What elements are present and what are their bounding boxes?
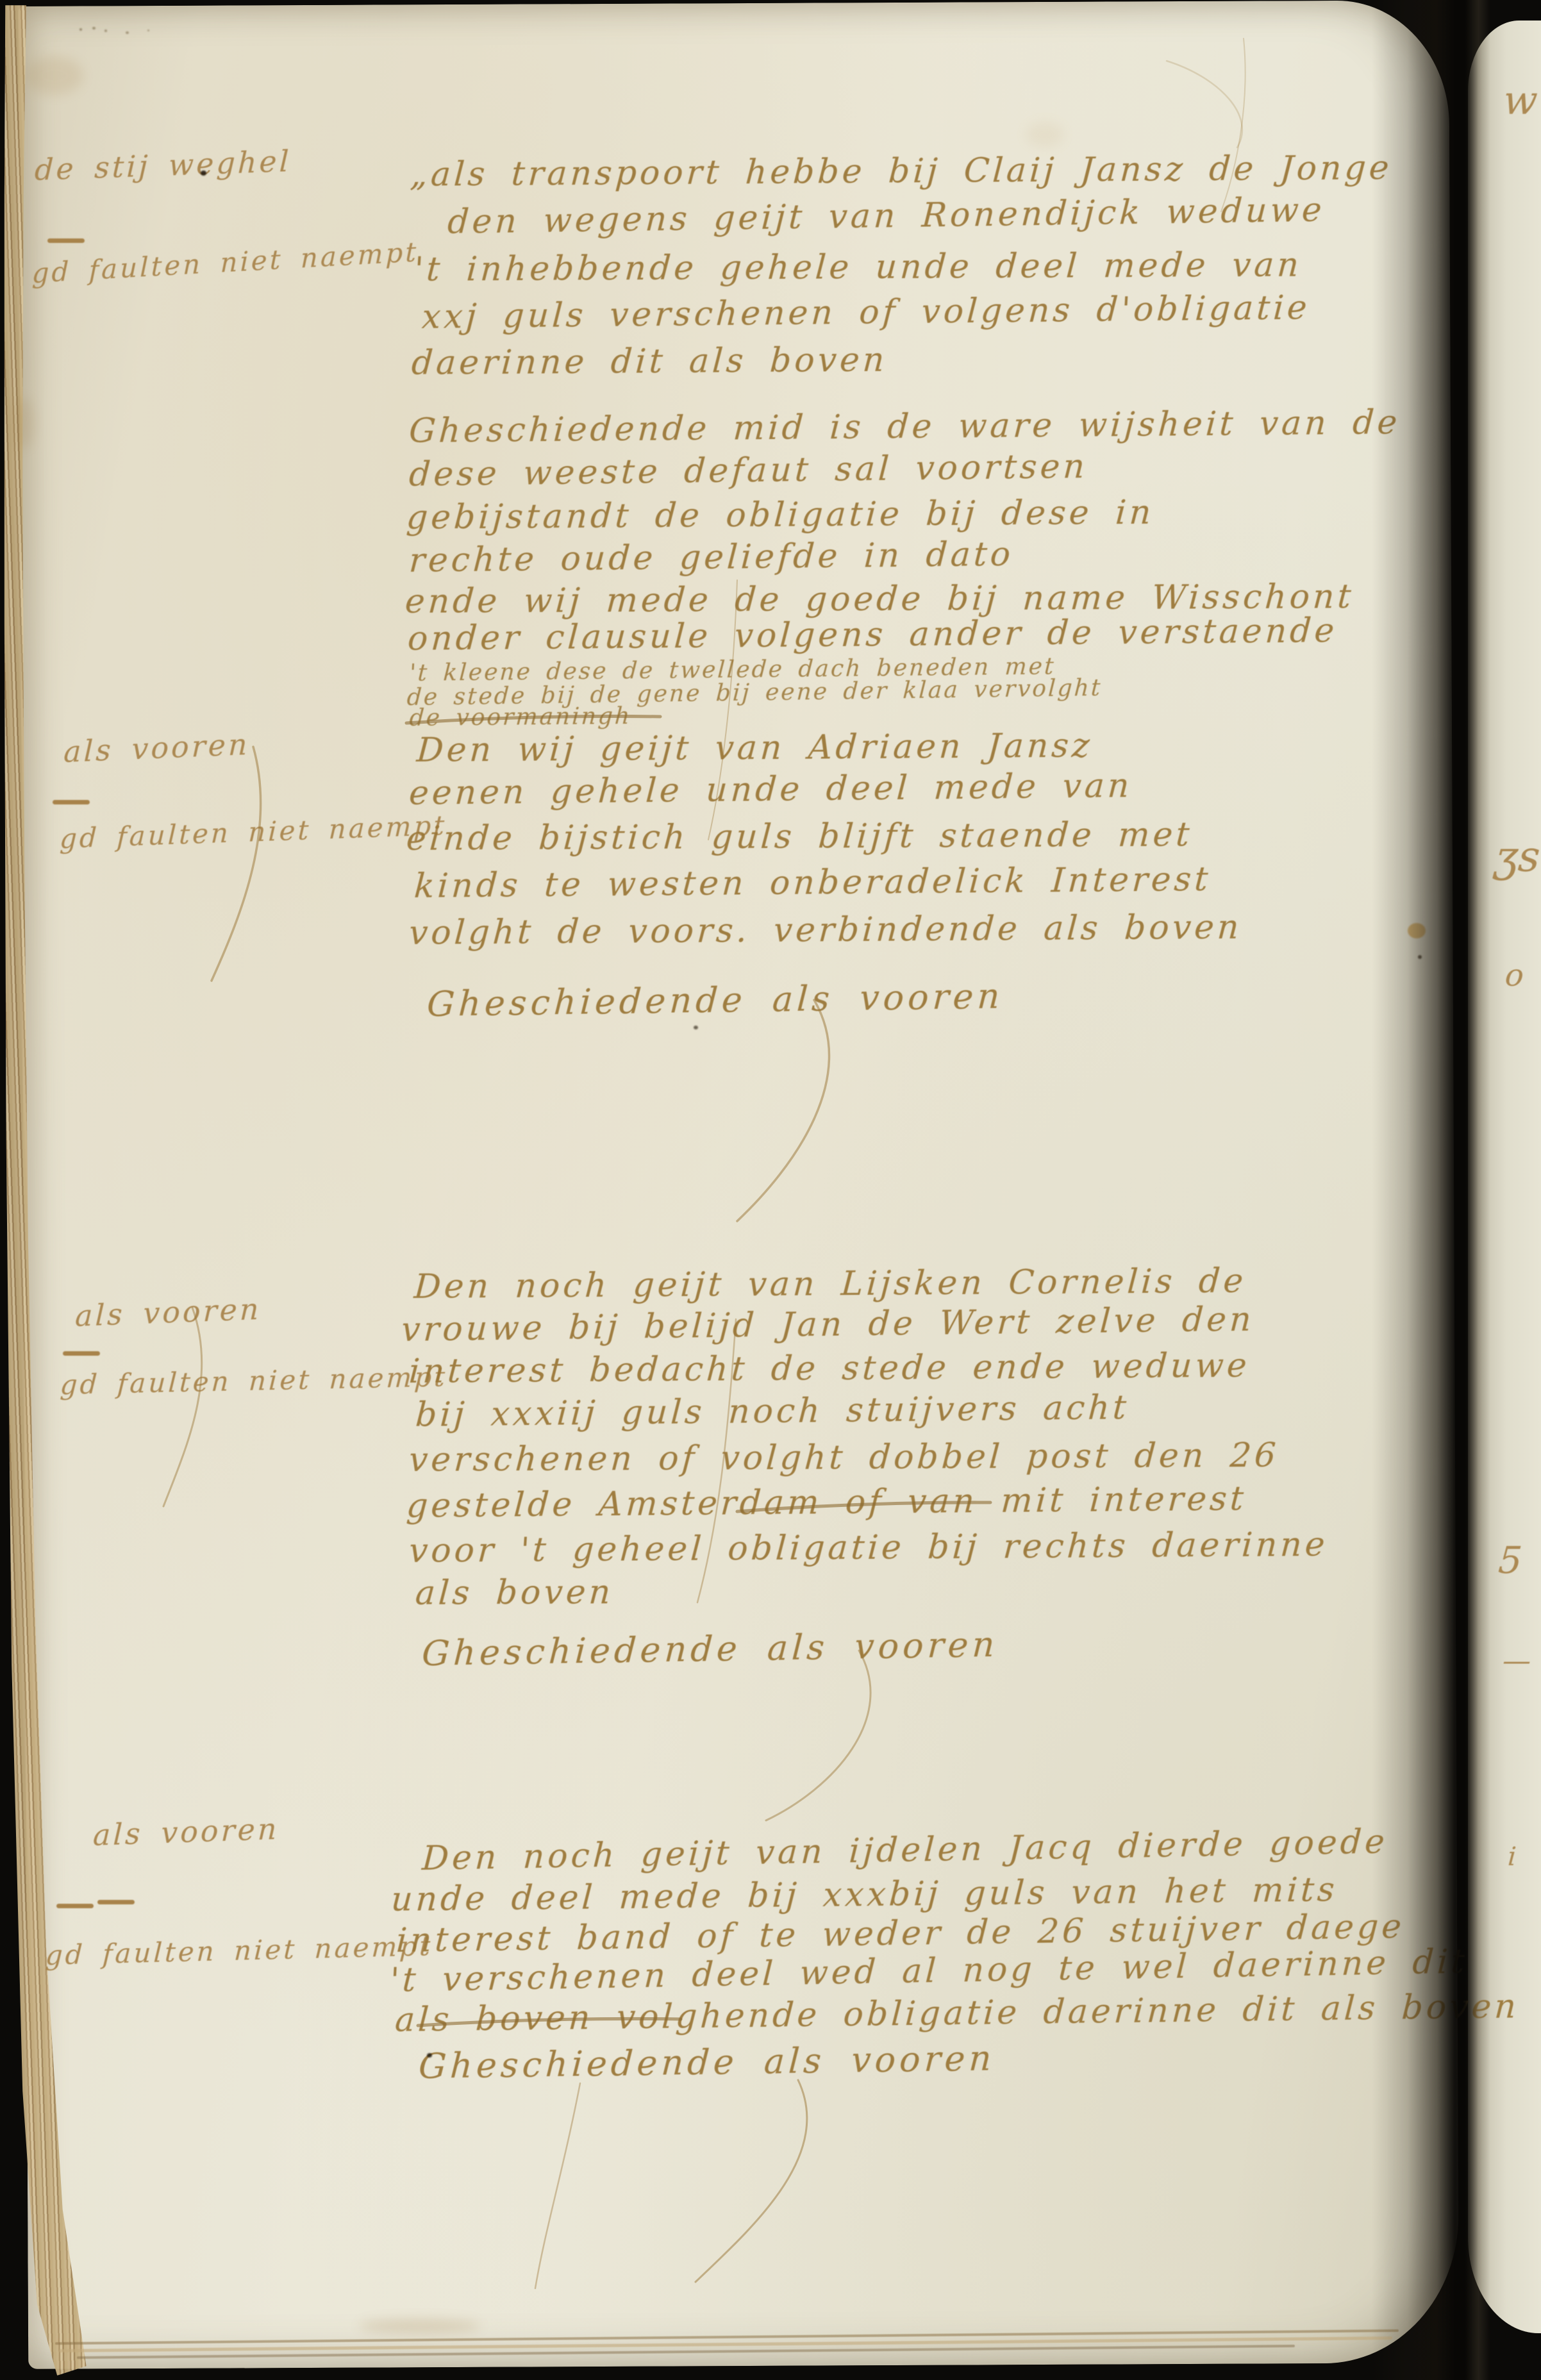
- margin-dash-mark: [97, 1900, 135, 1904]
- manuscript-page: [18, 0, 1459, 2369]
- margin-dash-mark: [47, 238, 85, 243]
- margin-dash-mark: [53, 800, 90, 804]
- facing-page-sliver: [1468, 21, 1541, 2333]
- archival-scan-viewport: de stij weghelgd faulten niet naempt„als…: [0, 0, 1541, 2380]
- margin-dash-mark: [63, 1351, 100, 1356]
- margin-dash-mark: [56, 1904, 94, 1908]
